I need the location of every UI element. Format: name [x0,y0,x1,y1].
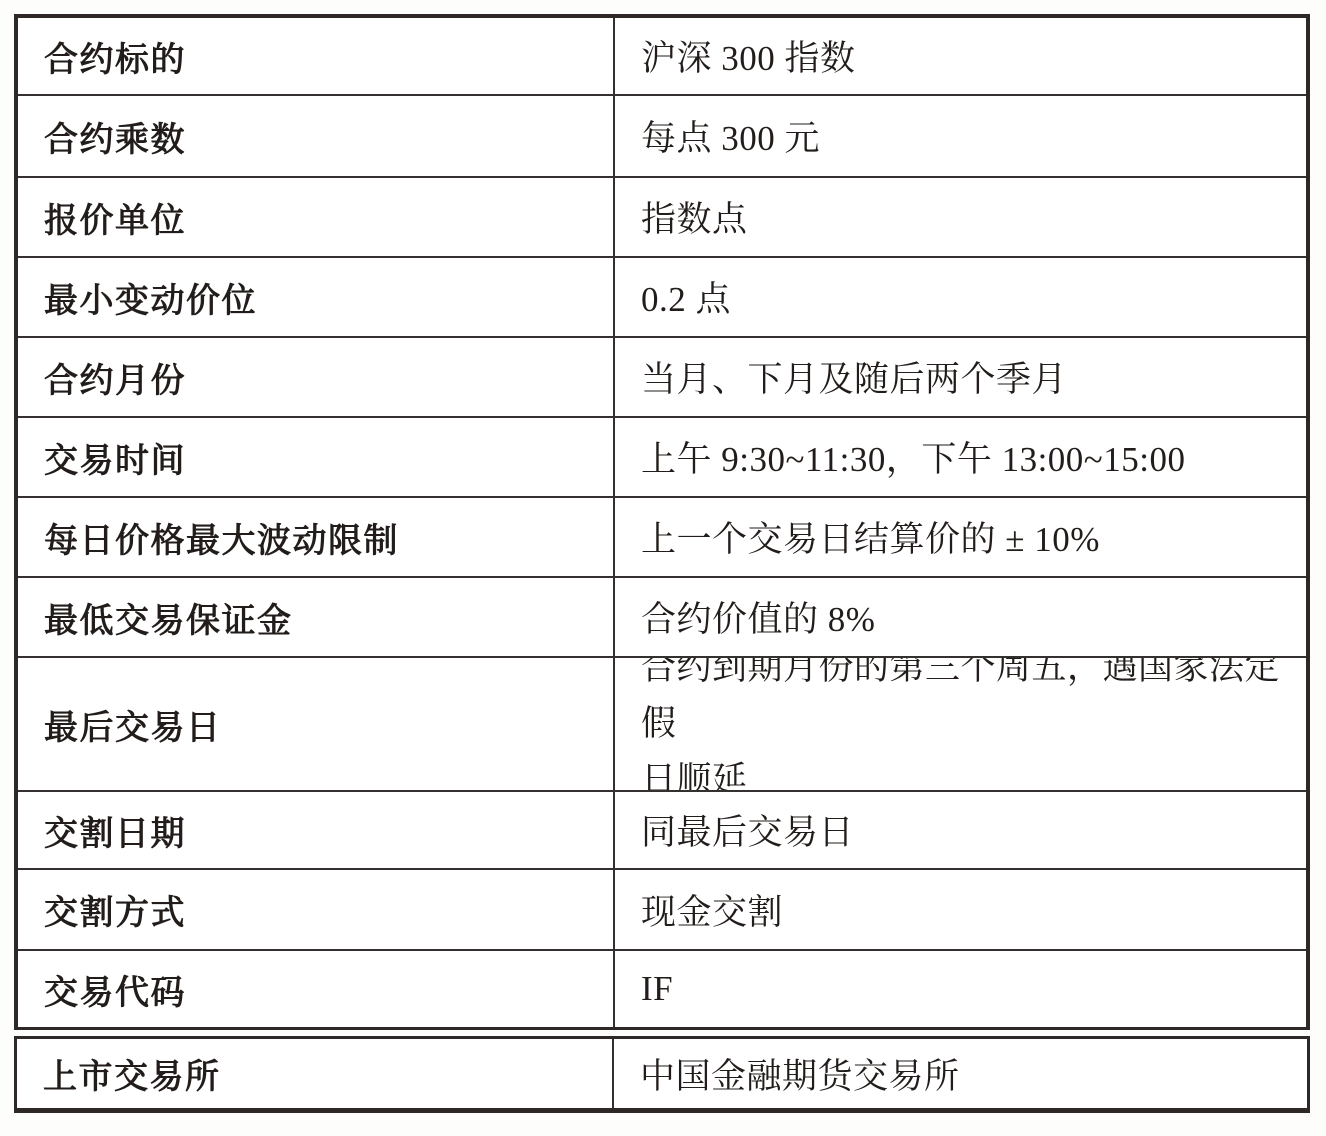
row-value: 合约到期月份的第三个周五，遇国家法定假 日顺延 [615,658,1306,790]
row-value: 上午 9:30~11:30，下午 13:00~15:00 [615,418,1306,496]
contract-spec-table-footer: 上市交易所 中国金融期货交易所 [14,1036,1310,1113]
row-value: 中国金融期货交易所 [614,1039,1307,1108]
row-value: 指数点 [615,178,1306,256]
row-label: 最后交易日 [18,658,615,790]
row-label: 上市交易所 [17,1039,614,1108]
row-label: 交易时间 [18,418,615,496]
row-value: 每点 300 元 [615,96,1306,176]
table-row: 上市交易所 中国金融期货交易所 [17,1039,1307,1108]
row-label: 交易代码 [18,951,615,1027]
row-value: 同最后交易日 [615,792,1306,868]
document-page: 合约标的 沪深 300 指数 合约乘数 每点 300 元 报价单位 指数点 最小… [0,0,1326,1136]
table-row: 合约乘数 每点 300 元 [18,96,1306,178]
table-row: 交易时间 上午 9:30~11:30，下午 13:00~15:00 [18,418,1306,498]
row-value: 现金交割 [615,870,1306,949]
row-value: 合约价值的 8% [615,578,1306,656]
table-row: 交割日期 同最后交易日 [18,792,1306,870]
row-value: 上一个交易日结算价的 ± 10% [615,498,1306,576]
row-value: 沪深 300 指数 [615,18,1306,94]
table-row: 最后交易日 合约到期月份的第三个周五，遇国家法定假 日顺延 [18,658,1306,792]
table-row: 合约月份 当月、下月及随后两个季月 [18,338,1306,418]
table-row: 最小变动价位 0.2 点 [18,258,1306,338]
table-row: 交割方式 现金交割 [18,870,1306,951]
row-label: 合约月份 [18,338,615,416]
table-row: 报价单位 指数点 [18,178,1306,258]
table-row: 交易代码 IF [18,951,1306,1027]
table-row: 每日价格最大波动限制 上一个交易日结算价的 ± 10% [18,498,1306,578]
contract-spec-table: 合约标的 沪深 300 指数 合约乘数 每点 300 元 报价单位 指数点 最小… [14,14,1310,1030]
row-label: 最小变动价位 [18,258,615,336]
row-label: 合约标的 [18,18,615,94]
row-label: 合约乘数 [18,96,615,176]
row-label: 报价单位 [18,178,615,256]
row-label: 交割方式 [18,870,615,949]
table-row: 合约标的 沪深 300 指数 [18,18,1306,96]
row-label: 最低交易保证金 [18,578,615,656]
row-label: 交割日期 [18,792,615,868]
row-value: IF [615,951,1306,1027]
row-label: 每日价格最大波动限制 [18,498,615,576]
table-row: 最低交易保证金 合约价值的 8% [18,578,1306,658]
row-value: 0.2 点 [615,258,1306,336]
row-value: 当月、下月及随后两个季月 [615,338,1306,416]
